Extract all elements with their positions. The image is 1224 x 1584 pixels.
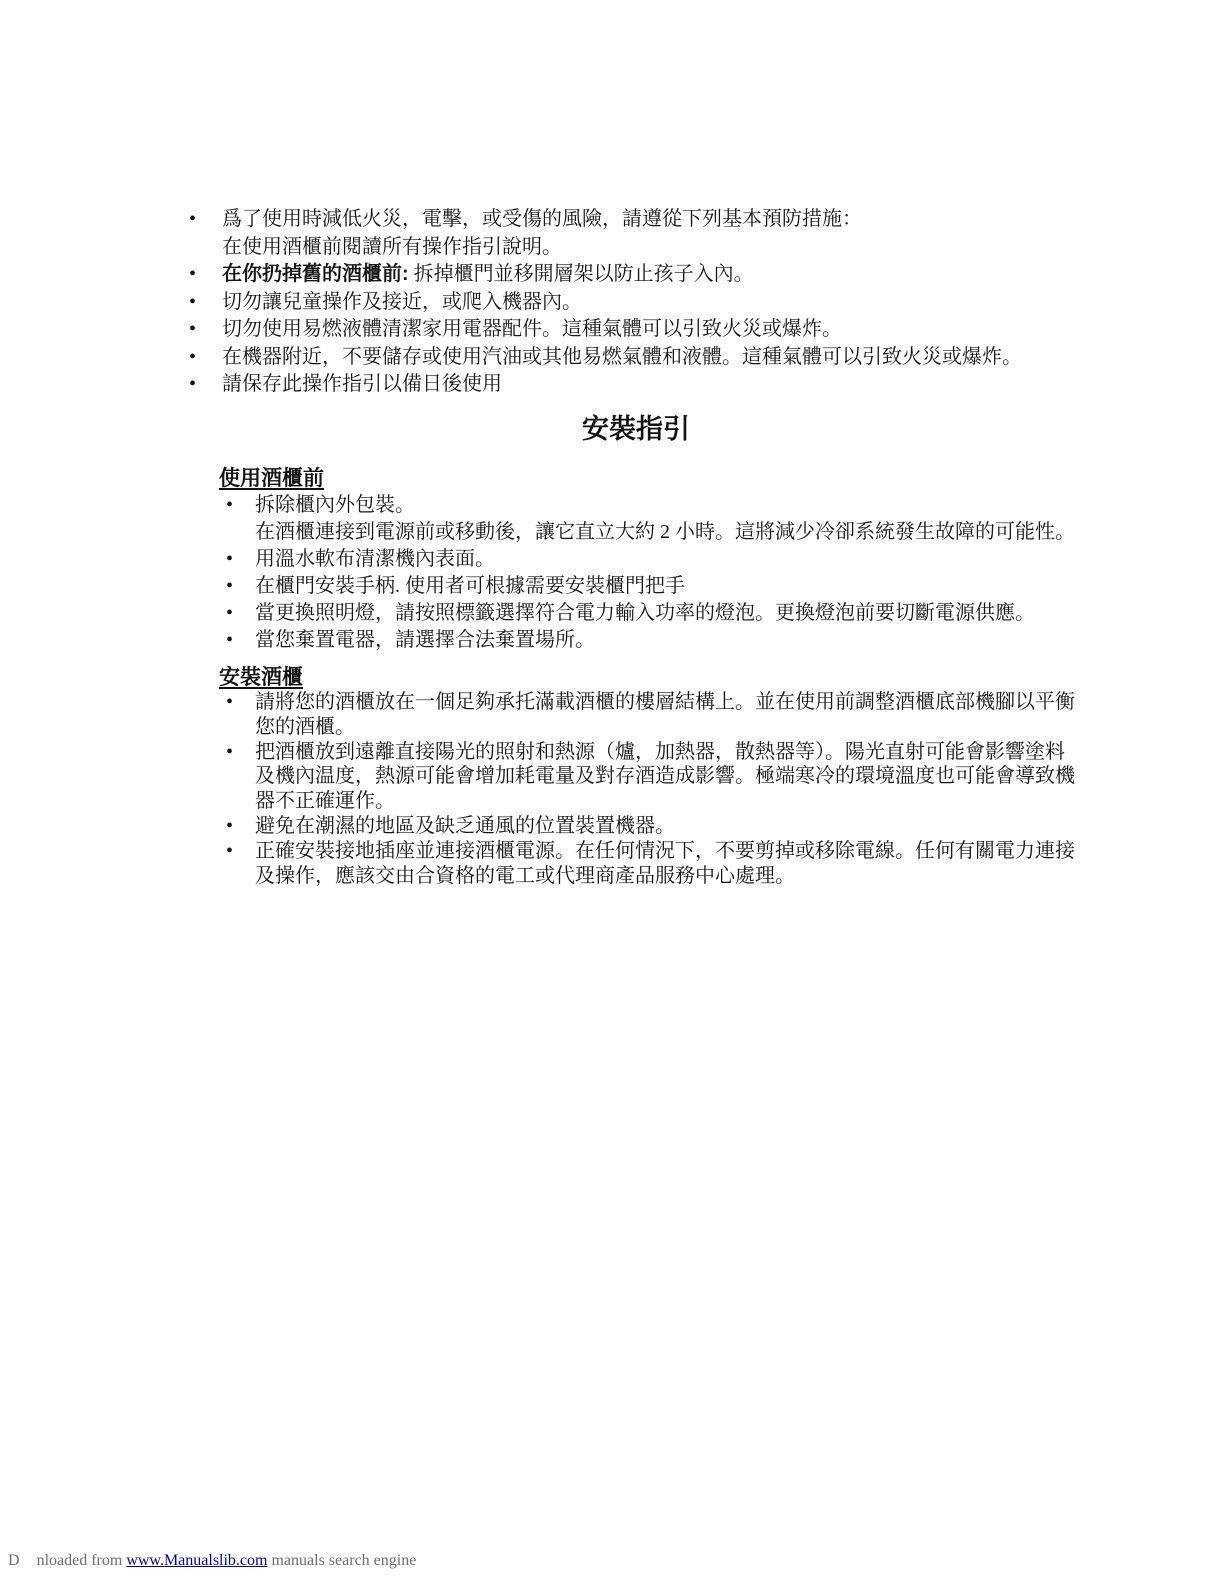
list-item-continuation: 在使用酒櫃前閱讀所有操作指引說明。 — [0, 234, 1224, 262]
list-item: 把酒櫃放到遠離直接陽光的照射和熱源（爐，加熱器，散熱器等）。陽光直射可能會影響塗… — [0, 740, 1224, 765]
footer-text-before-link: nloaded from — [37, 1552, 127, 1569]
list-item: 避免在潮濕的地區及缺乏通風的位置裝置機器。 — [0, 814, 1224, 839]
bold-lead-in: 在你扔掉舊的酒櫃前: — [222, 263, 409, 285]
page-title: 安裝指引 — [0, 413, 1224, 445]
warning-list: 爲了使用時減低火災，電擊，或受傷的風險，請遵從下列基本預防措施： 在使用酒櫃前閱… — [0, 206, 1224, 399]
list-item: 正確安裝接地插座並連接酒櫃電源。在任何情況下，不要剪掉或移除電線。任何有關電力連… — [0, 839, 1224, 864]
section-before-use-list: 拆除櫃內外包裝。 在酒櫃連接到電源前或移動後，讓它直立大約 2 小時。這將減少冷… — [0, 492, 1224, 654]
list-item: 切勿讓兒童操作及接近，或爬入機器內。 — [0, 289, 1224, 317]
list-item: 拆除櫃內外包裝。 — [0, 492, 1224, 519]
list-item: 爲了使用時減低火災，電擊，或受傷的風險，請遵從下列基本預防措施： — [0, 206, 1224, 234]
list-item-continuation: 及操作，應該交由合資格的電工或代理商產品服務中心處理。 — [0, 864, 1224, 889]
list-item-continuation: 您的酒櫃。 — [0, 715, 1224, 740]
list-item: 當更換照明燈，請按照標籤選擇符合電力輸入功率的燈泡。更換燈泡前要切斷電源供應。 — [0, 600, 1224, 627]
section-title-before-use: 使用酒櫃前 — [219, 467, 324, 491]
list-item: 請將您的酒櫃放在一個足夠承托滿載酒櫃的樓層結構上。並在使用前調整酒櫃底部機腳以平… — [0, 690, 1224, 715]
manual-page: 爲了使用時減低火災，電擊，或受傷的風險，請遵從下列基本預防措施： 在使用酒櫃前閱… — [0, 0, 1224, 1584]
list-item-continuation: 及機內温度，熱源可能會增加耗電量及對存酒造成影響。極端寒冷的環境溫度也可能會導致… — [0, 764, 1224, 789]
footer-text-after-link: manuals search engine — [267, 1552, 416, 1569]
footer-watermark: Dnloaded from www.Manualslib.com manuals… — [8, 1551, 416, 1571]
list-item: 在你扔掉舊的酒櫃前: 拆掉櫃門並移開層架以防止孩子入內。 — [0, 261, 1224, 289]
list-item: 在櫃門安裝手柄. 使用者可根據需要安裝櫃門把手 — [0, 573, 1224, 600]
list-item: 在機器附近，不要儲存或使用汽油或其他易燃氣體和液體。這種氣體可以引致火災或爆炸。 — [0, 344, 1224, 372]
list-item: 請保存此操作指引以備日後使用 — [0, 371, 1224, 399]
footer-partial-word: D — [8, 1551, 20, 1571]
list-item: 切勿使用易燃液體清潔家用電器配件。這種氣體可以引致火災或爆炸。 — [0, 316, 1224, 344]
list-item-continuation: 器不正確運作。 — [0, 789, 1224, 814]
list-item: 當您棄置電器，請選擇合法棄置場所。 — [0, 627, 1224, 654]
manualslib-link[interactable]: www.Manualslib.com — [126, 1552, 267, 1569]
section-title-install: 安裝酒櫃 — [219, 666, 303, 690]
section-install-list: 請將您的酒櫃放在一個足夠承托滿載酒櫃的樓層結構上。並在使用前調整酒櫃底部機腳以平… — [0, 690, 1224, 888]
list-item-continuation: 在酒櫃連接到電源前或移動後，讓它直立大約 2 小時。這將減少冷卻系統發生故障的可… — [0, 519, 1224, 546]
list-item-text: 拆掉櫃門並移開層架以防止孩子入內。 — [409, 263, 754, 285]
list-item: 用溫水軟布清潔機內表面。 — [0, 546, 1224, 573]
